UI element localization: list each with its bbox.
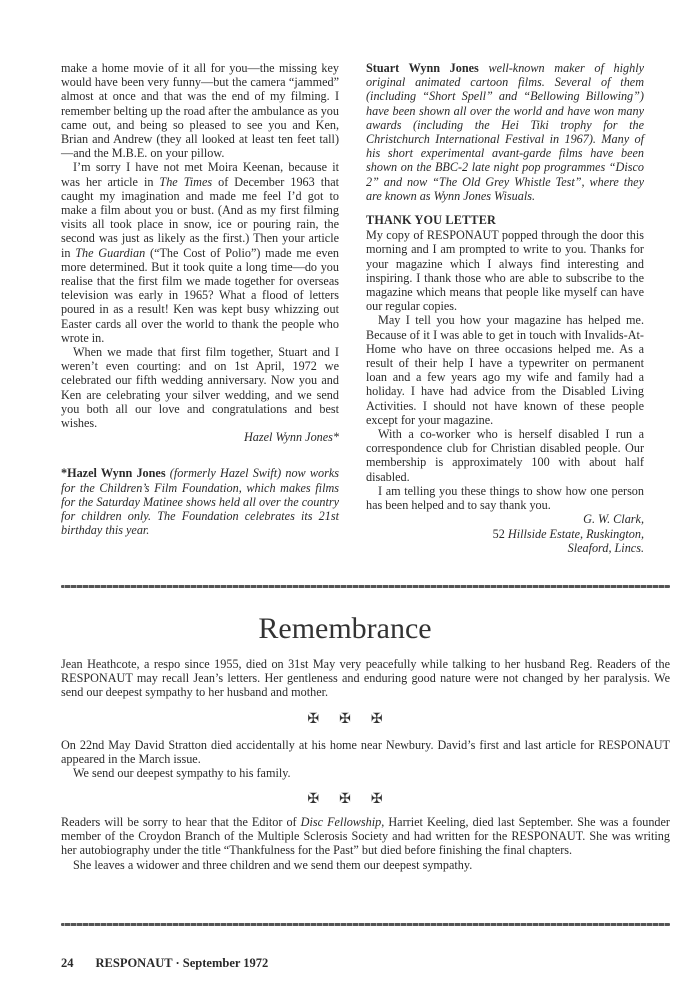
- separator: ✠✠✠: [0, 791, 690, 808]
- footnote-name: *Hazel Wynn Jones: [61, 466, 166, 480]
- letter-paragraph: make a home movie of it all for you—the …: [61, 61, 339, 160]
- obituary-text: She leaves a widower and three children …: [61, 858, 670, 872]
- address-line: Sleaford, Lincs.: [366, 541, 644, 555]
- obituary-entry: Readers will be sorry to hear that the E…: [61, 815, 670, 872]
- letter-paragraph: When we made that first film together, S…: [61, 345, 339, 430]
- obituary-text: Readers will be sorry to hear that the E…: [61, 815, 670, 858]
- bio-text: well-known maker of highly original anim…: [366, 61, 644, 203]
- author-footnote: *Hazel Wynn Jones (formerly Hazel Swift)…: [61, 466, 339, 537]
- decorative-divider: [61, 585, 670, 588]
- publication-issue: RESPONAUT · September 1972: [96, 956, 269, 970]
- letter-paragraph: My copy of RESPONAUT popped through the …: [366, 228, 644, 313]
- section-title: Remembrance: [0, 612, 690, 646]
- obituary-text: We send our deepest sympathy to his fami…: [61, 766, 670, 780]
- signature: G. W. Clark,: [366, 512, 644, 526]
- section-heading: THANK YOU LETTER: [366, 213, 644, 227]
- bio-name: Stuart Wynn Jones: [366, 61, 479, 75]
- signature: Hazel Wynn Jones*: [61, 430, 339, 444]
- left-column: make a home movie of it all for you—the …: [61, 61, 339, 538]
- right-column: Stuart Wynn Jones well-known maker of hi…: [366, 61, 644, 555]
- obituary-text: On 22nd May David Stratton died accident…: [61, 738, 670, 766]
- street: Hillside Estate, Ruskington,: [508, 527, 644, 541]
- letter-paragraph: With a co-worker who is herself disabled…: [366, 427, 644, 484]
- letter-paragraph: I am telling you these things to show ho…: [366, 484, 644, 512]
- text: (“The Cost of Polio”) made me even more …: [61, 246, 339, 345]
- cross-icon: ✠: [307, 711, 319, 728]
- obituary-entry: On 22nd May David Stratton died accident…: [61, 738, 670, 781]
- bio-note: Stuart Wynn Jones well-known maker of hi…: [366, 61, 644, 203]
- text: Readers will be sorry to hear that the E…: [61, 815, 301, 829]
- cross-icon: ✠: [339, 711, 351, 728]
- page-number: 24: [61, 956, 74, 970]
- obituary-entry: Jean Heathcote, a respo since 1955, died…: [61, 657, 670, 700]
- cross-icon: ✠: [371, 791, 383, 808]
- separator: ✠✠✠: [0, 711, 690, 728]
- publication-title: Disc Fellowship: [301, 815, 382, 829]
- cross-icon: ✠: [307, 791, 319, 808]
- publication-title: The Times: [159, 175, 212, 189]
- address-line: 52 Hillside Estate, Ruskington,: [366, 527, 644, 541]
- decorative-divider: [61, 923, 670, 926]
- letter-paragraph: May I tell you how your magazine has hel…: [366, 313, 644, 427]
- house-number: 52: [493, 527, 508, 541]
- publication-title: The Guardian: [75, 246, 145, 260]
- cross-icon: ✠: [339, 791, 351, 808]
- cross-icon: ✠: [371, 711, 383, 728]
- letter-paragraph: I’m sorry I have not met Moira Keenan, b…: [61, 160, 339, 345]
- page-footer: 24RESPONAUT · September 1972: [61, 956, 268, 971]
